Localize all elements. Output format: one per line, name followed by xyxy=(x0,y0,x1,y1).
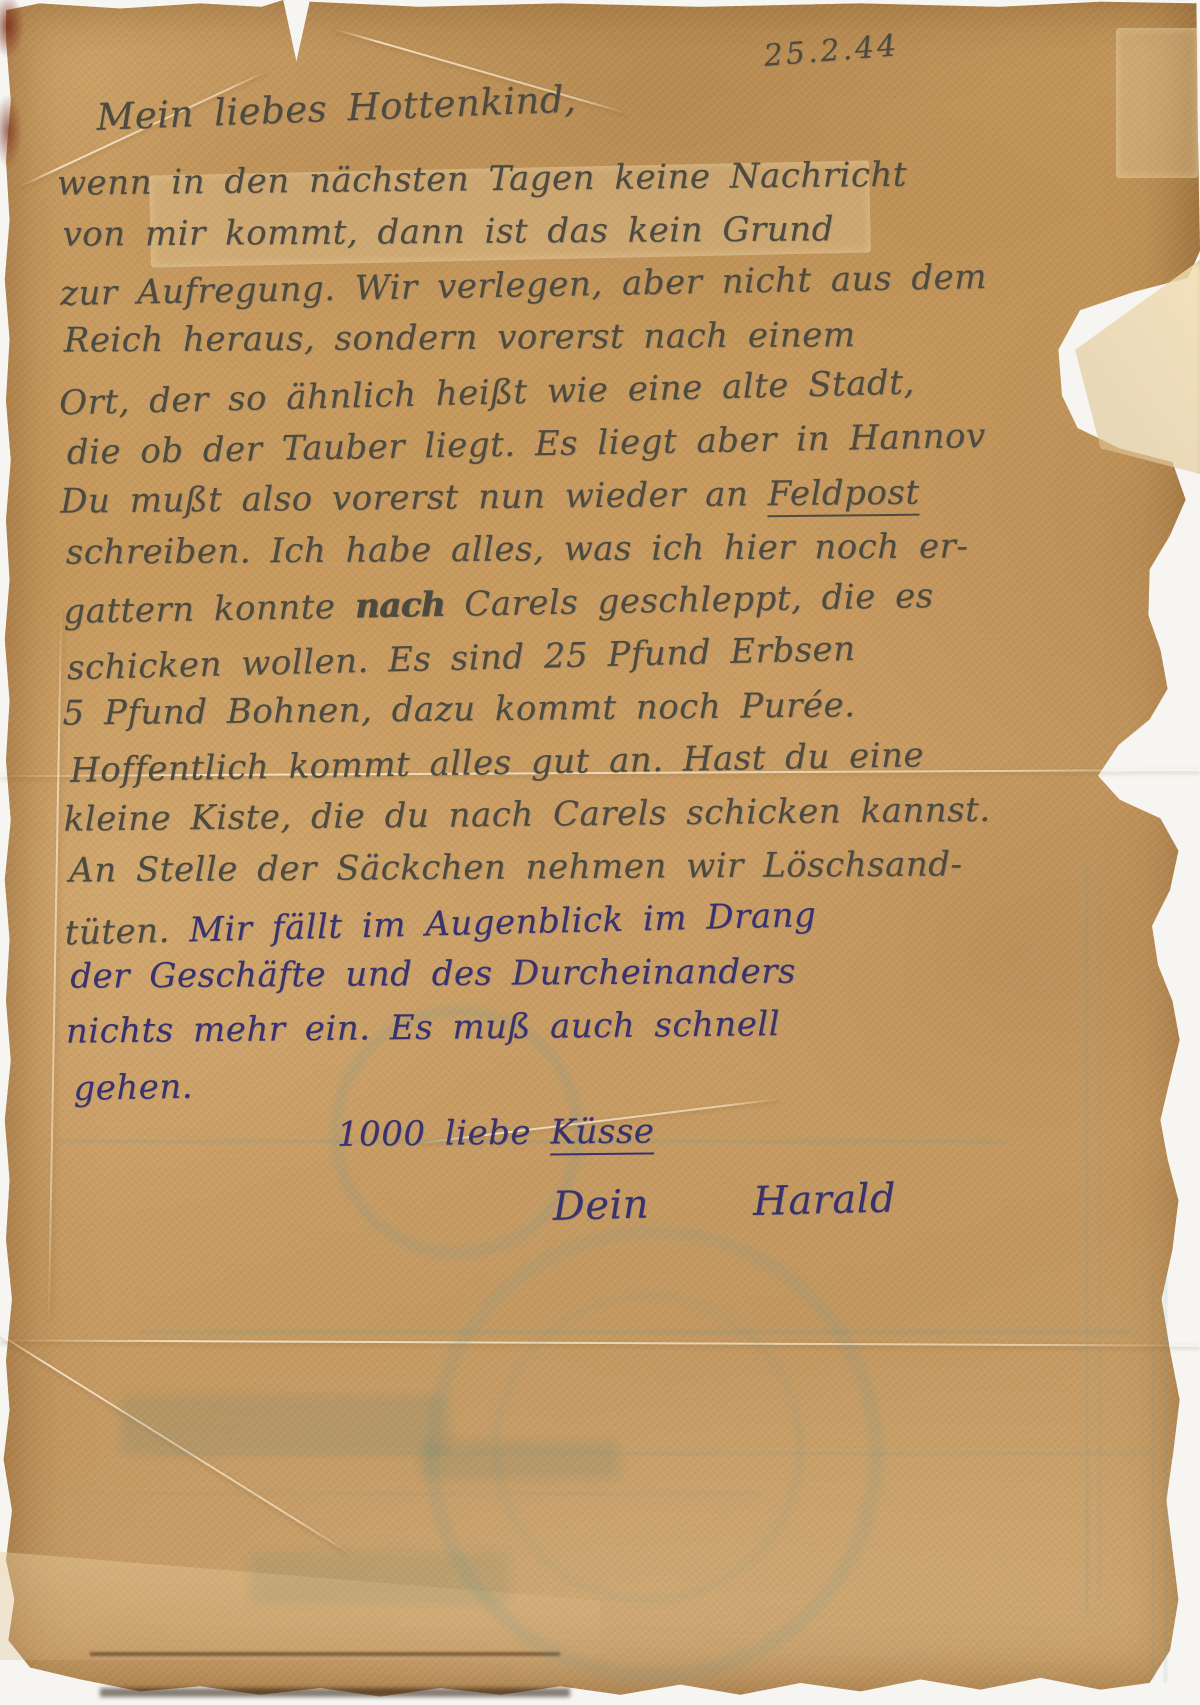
ink-text-segment: Mir fällt im Augenblick im Drang xyxy=(189,895,817,950)
pencil-text-segment: Feldpost xyxy=(767,473,919,518)
pencil-text-segment: schreiben. Ich habe alles, was ich hier … xyxy=(66,526,969,572)
ink-text-segment: der Geschäfte und des Durcheinanders xyxy=(70,952,796,997)
pencil-text-segment: gattern konnte xyxy=(63,587,355,632)
letter-line: wenn in den nächsten Tagen keine Nachric… xyxy=(57,152,1167,217)
letter-line: DeinHarald xyxy=(547,1169,1178,1237)
ink-text-segment: Harald xyxy=(752,1175,896,1224)
ink-text-segment: 1000 liebe xyxy=(337,1113,551,1155)
pencil-text-segment: wenn in den nächsten Tagen keine Nachric… xyxy=(57,155,907,204)
ink-text-segment: nichts mehr ein. Es muß auch schnell xyxy=(66,1004,781,1051)
pencil-text-segment: nach xyxy=(354,585,445,627)
ink-text-segment: gehen. xyxy=(73,1067,193,1109)
pencil-text-segment: tüten. xyxy=(64,910,189,953)
scanned-letter: 25.2.44 Mein liebes Hottenkind, wenn in … xyxy=(0,0,1200,1705)
pencil-text-segment: An Stelle der Säckchen nehmen wir Löschs… xyxy=(69,844,963,890)
letter-line: der Geschäfte und des Durcheinanders xyxy=(65,949,1175,1010)
pencil-text-segment: Carels geschleppt, die es xyxy=(445,576,934,625)
salutation: Mein liebes Hottenkind, xyxy=(96,78,577,139)
letter-body: wenn in den nächsten Tagen keine Nachric… xyxy=(57,152,1178,1238)
ink-text-segment: Küsse xyxy=(550,1111,655,1155)
letter-content: 25.2.44 Mein liebes Hottenkind, wenn in … xyxy=(0,0,1200,1705)
pencil-text-segment: Reich heraus, sondern vorerst nach einem xyxy=(63,315,855,361)
date-text: 25.2.44 xyxy=(762,28,900,74)
letter-line: 1000 liebe Küsse xyxy=(337,1106,1178,1168)
pencil-text-segment: von mir kommt, dann ist das kein Grund xyxy=(62,209,834,254)
ink-text-segment: Dein xyxy=(552,1181,649,1229)
